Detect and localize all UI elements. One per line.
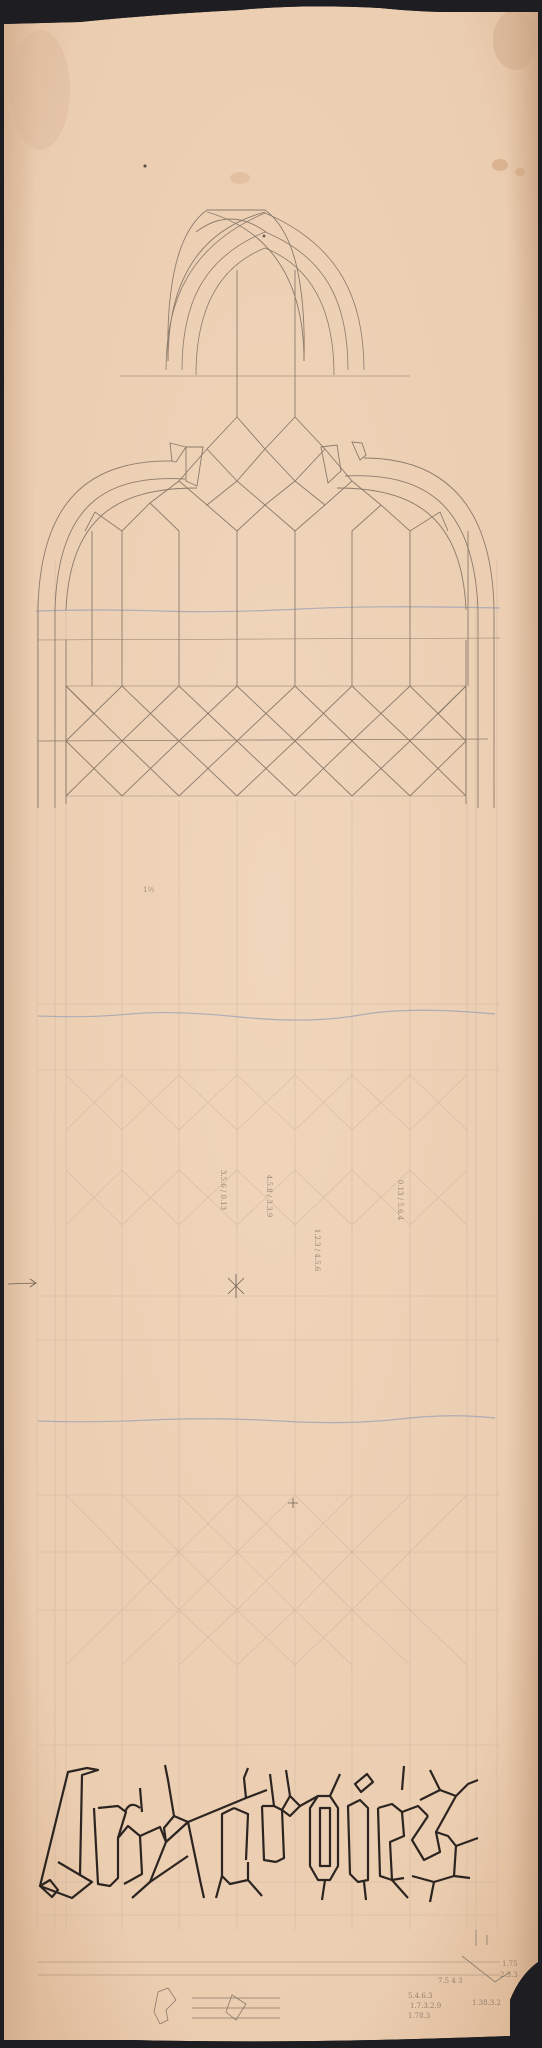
scan-shadow (0, 0, 542, 2048)
drawing-sheet: lecroies (0, 0, 542, 2048)
